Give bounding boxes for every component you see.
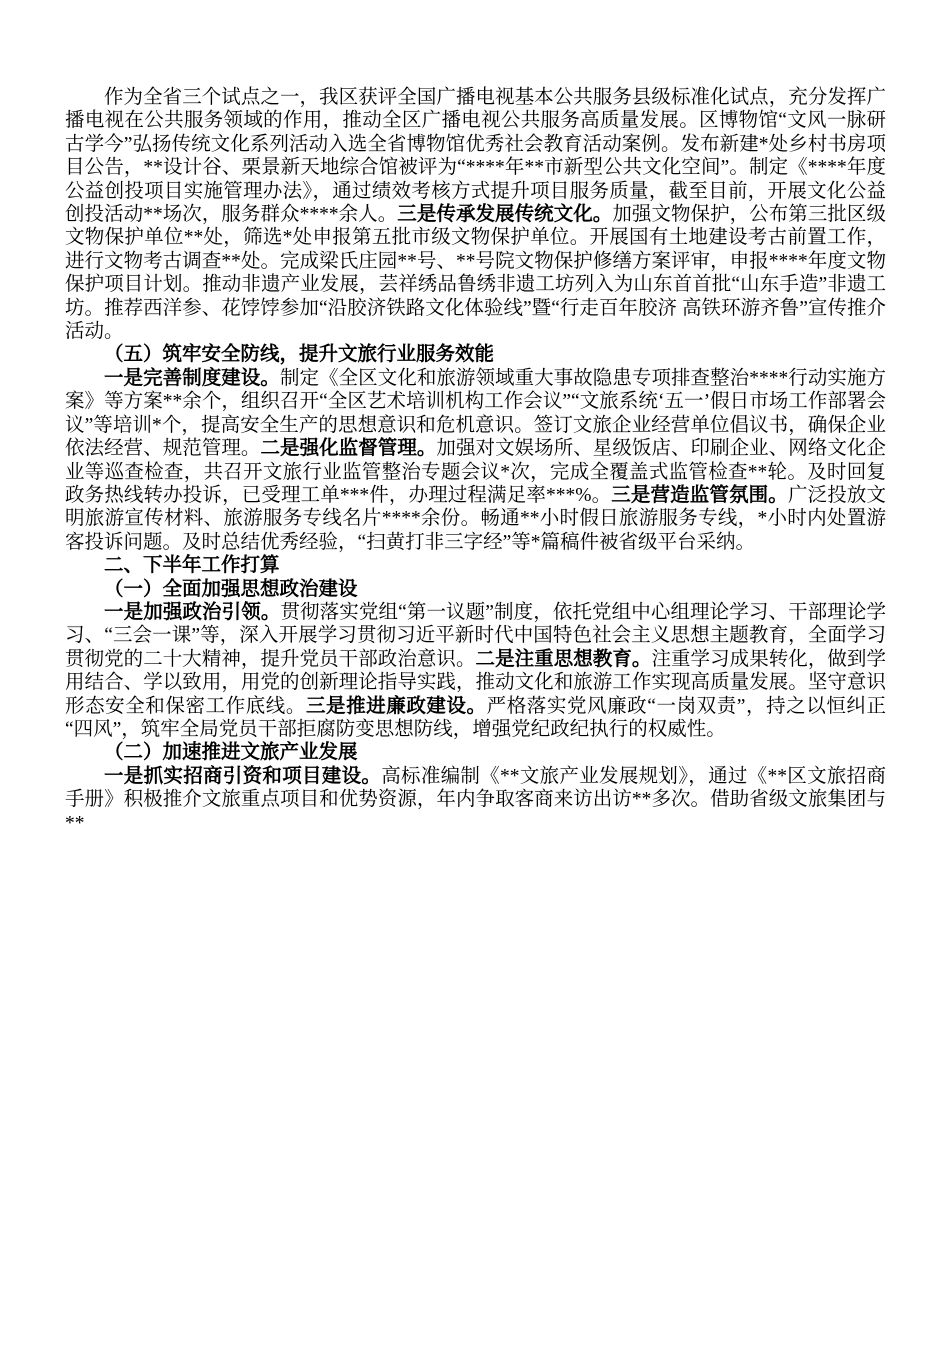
heading-section-5-safety: （五）筑牢安全防线，提升文旅行业服务效能 [65, 343, 886, 366]
paragraph-political-building: 一是加强政治引领。贯彻落实党组“第一议题”制度，依托党组中心组理论学习、干部理论… [65, 601, 886, 741]
runin-heading-ideology-education: 二是注重思想教育。 [476, 649, 652, 670]
runin-heading-political-guidance: 一是加强政治引领。 [104, 602, 280, 623]
heading-subsection-1-political: （一）全面加强思想政治建设 [65, 578, 886, 601]
paragraph-safety-service: 一是完善制度建设。制定《全区文化和旅游领域重大事故隐患专项排查整治****行动实… [65, 367, 886, 554]
runin-heading-investment-projects: 一是抓实招商引资和项目建设。 [104, 766, 381, 787]
runin-heading-supervision: 二是强化监督管理。 [260, 438, 436, 459]
paragraph-broadcast-culture: 作为全省三个试点之一，我区获评全国广播电视基本公共服务县级标准化试点，充分发挥广… [65, 86, 886, 343]
heading-subsection-2-industry: （二）加速推进文旅产业发展 [65, 741, 886, 764]
runin-heading-heritage: 三是传承发展传统文化。 [397, 204, 612, 225]
paragraph-industry-development: 一是抓实招商引资和项目建设。高标准编制《**文旅产业发展规划》，通过《**区文旅… [65, 765, 886, 835]
heading-part-2-second-half-plan: 二、下半年工作打算 [65, 554, 886, 577]
runin-heading-system-building: 一是完善制度建设。 [104, 368, 280, 389]
document-page: 作为全省三个试点之一，我区获评全国广播电视基本公共服务县级标准化试点，充分发挥广… [0, 0, 950, 1346]
runin-heading-atmosphere: 三是营造监管氛围。 [611, 485, 788, 506]
runin-heading-clean-governance: 三是推进廉政建设。 [306, 696, 487, 717]
